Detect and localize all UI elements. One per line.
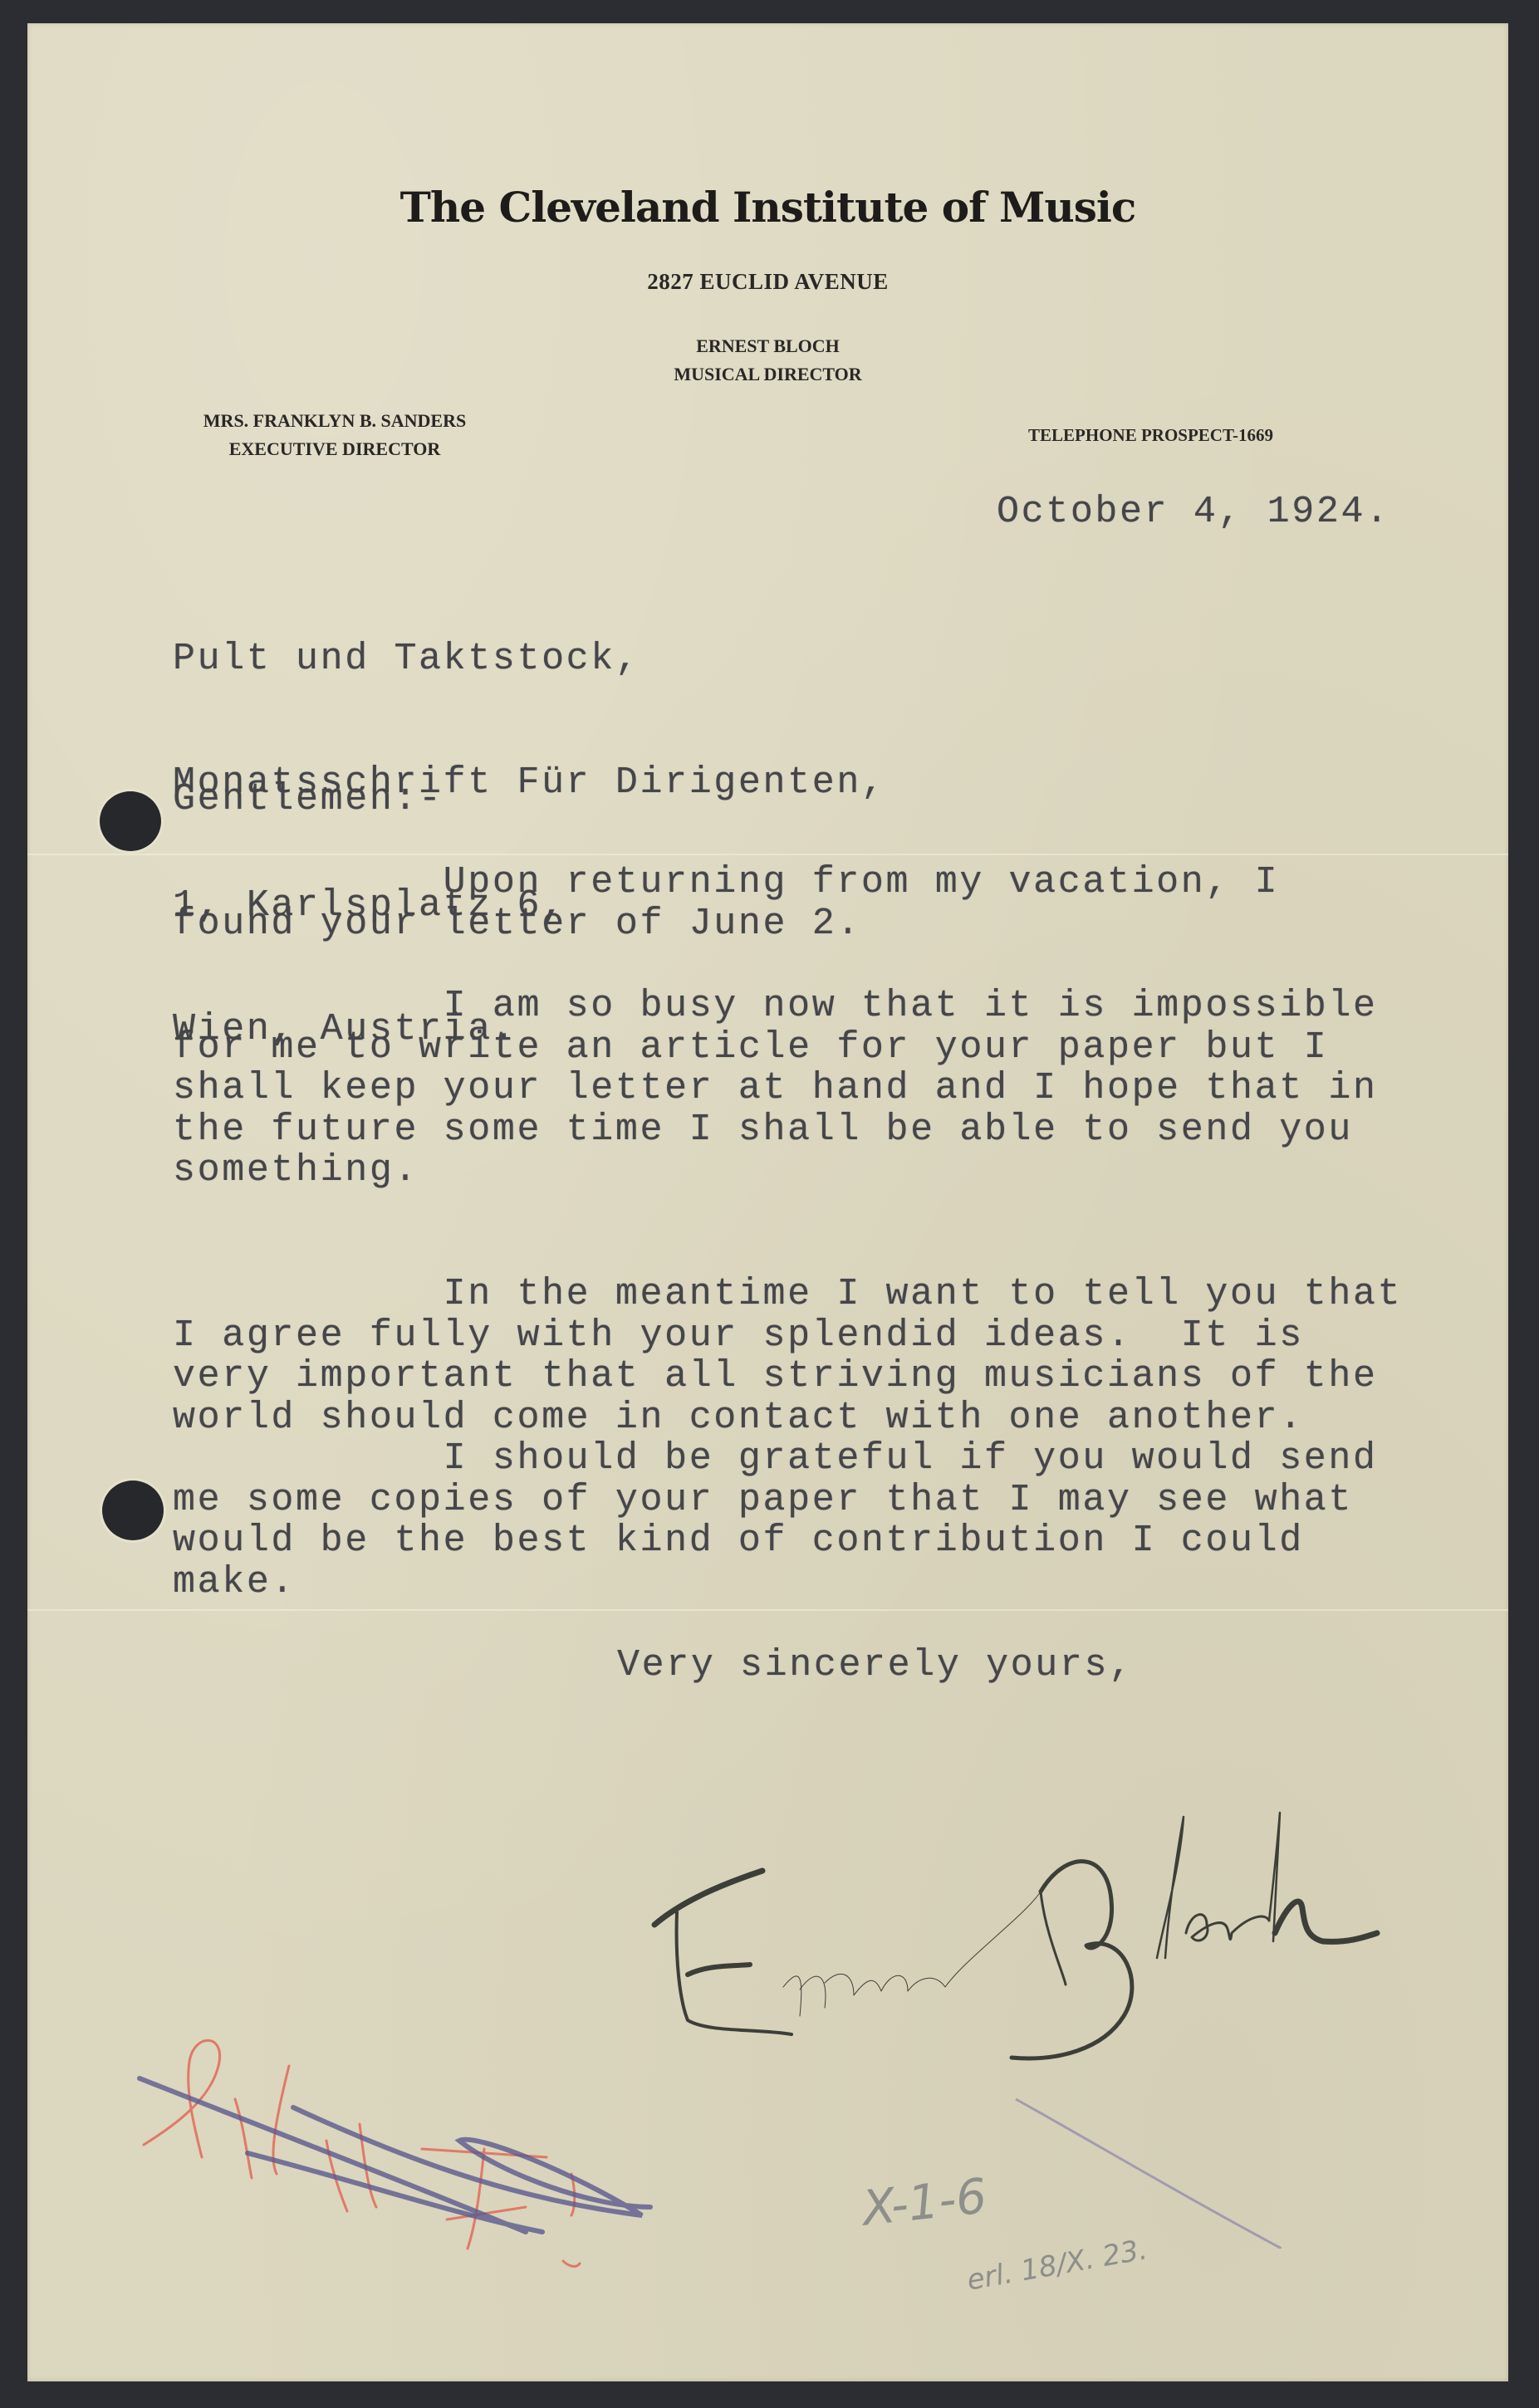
diagonal-pencil-stroke bbox=[1007, 2083, 1282, 2249]
letterhead-telephone: TELEPHONE PROSPECT-1669 bbox=[1028, 425, 1273, 446]
executive-director-name: MRS. FRANKLYN B. SANDERS bbox=[160, 407, 509, 435]
closing: Very sincerely yours, bbox=[617, 1645, 1134, 1686]
archive-reference-mark: X-1-6 bbox=[860, 2167, 989, 2236]
letterhead-address: 2827 EUCLID AVENUE bbox=[27, 269, 1508, 295]
letter-date: October 4, 1924. bbox=[997, 492, 1390, 533]
letterhead-musical-director: ERNEST BLOCH MUSICAL DIRECTOR bbox=[27, 332, 1508, 389]
body-paragraph: I should be grateful if you would send m… bbox=[173, 1438, 1378, 1603]
musical-director-name: ERNEST BLOCH bbox=[27, 332, 1508, 360]
body-paragraph: I am so busy now that it is impossible f… bbox=[173, 986, 1378, 1192]
signature-ernest-bloch: Ernest Bloch bbox=[625, 1767, 1414, 2083]
letter-page: The Cleveland Institute of Music 2827 EU… bbox=[27, 23, 1508, 2381]
executive-director-title: EXECUTIVE DIRECTOR bbox=[160, 435, 509, 463]
letterhead-executive-director: MRS. FRANKLYN B. SANDERS EXECUTIVE DIREC… bbox=[160, 407, 509, 463]
letterhead-title: The Cleveland Institute of Music bbox=[27, 183, 1508, 232]
recipient-line: Pult und Taktstock, bbox=[173, 639, 886, 680]
paper-fold bbox=[27, 1609, 1508, 1611]
musical-director-title: MUSICAL DIRECTOR bbox=[27, 360, 1508, 389]
body-paragraph: Upon returning from my vacation, I found… bbox=[173, 862, 1279, 944]
crossed-out-annotation: Erledigt bbox=[110, 1999, 708, 2282]
punch-hole bbox=[102, 1481, 164, 1540]
salutation: Gentlemen:- bbox=[173, 779, 444, 820]
punch-hole bbox=[100, 791, 161, 851]
body-paragraph: In the meantime I want to tell you that … bbox=[173, 1274, 1402, 1438]
